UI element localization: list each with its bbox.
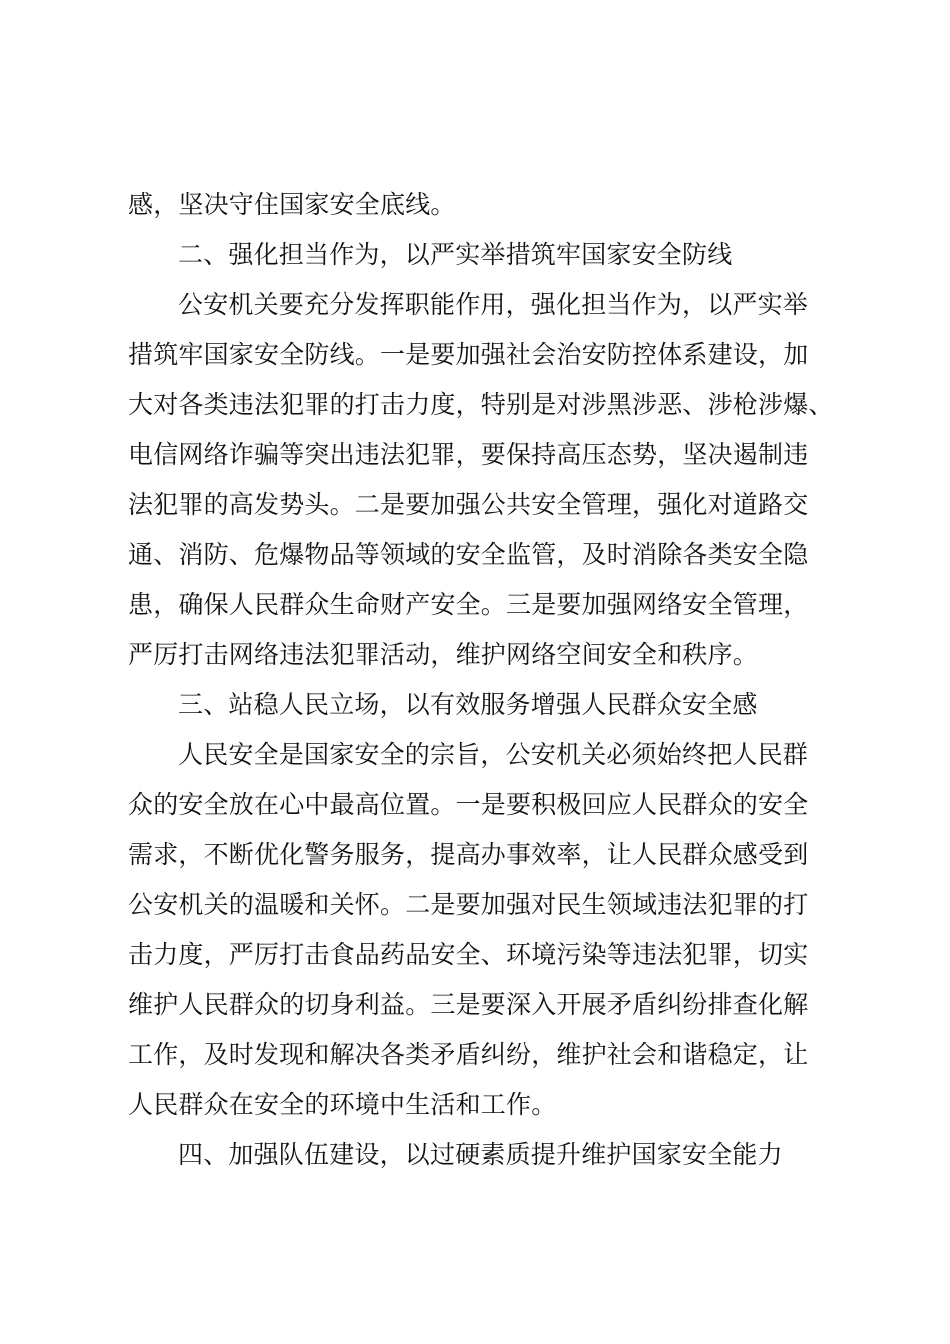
text-line: 通、消防、危爆物品等领域的安全监管，及时消除各类安全隐 <box>128 530 828 580</box>
text-line: 严厉打击网络违法犯罪活动，维护网络空间安全和秩序。 <box>128 630 828 680</box>
section-heading: 四、加强队伍建设，以过硬素质提升维护国家安全能力 <box>128 1130 828 1180</box>
section-heading: 三、站稳人民立场，以有效服务增强人民群众安全感 <box>128 680 828 730</box>
text-line: 法犯罪的高发势头。二是要加强公共安全管理，强化对道路交 <box>128 480 828 530</box>
text-line: 众的安全放在心中最高位置。一是要积极回应人民群众的安全 <box>128 780 828 830</box>
document-body: 感，坚决守住国家安全底线。 二、强化担当作为，以严实举措筑牢国家安全防线 公安机… <box>128 180 828 1180</box>
section-heading: 二、强化担当作为，以严实举措筑牢国家安全防线 <box>128 230 828 280</box>
text-line: 公安机关的温暖和关怀。二是要加强对民生领域违法犯罪的打 <box>128 880 828 930</box>
text-line: 公安机关要充分发挥职能作用，强化担当作为，以严实举 <box>128 280 828 330</box>
text-line: 大对各类违法犯罪的打击力度，特别是对涉黑涉恶、涉枪涉爆、 <box>128 380 828 430</box>
text-line: 感，坚决守住国家安全底线。 <box>128 180 828 230</box>
text-line: 措筑牢国家安全防线。一是要加强社会治安防控体系建设，加 <box>128 330 828 380</box>
text-line: 工作，及时发现和解决各类矛盾纠纷，维护社会和谐稳定，让 <box>128 1030 828 1080</box>
text-line: 击力度，严厉打击食品药品安全、环境污染等违法犯罪，切实 <box>128 930 828 980</box>
text-line: 人民群众在安全的环境中生活和工作。 <box>128 1080 828 1130</box>
text-line: 患，确保人民群众生命财产安全。三是要加强网络安全管理， <box>128 580 828 630</box>
text-line: 维护人民群众的切身利益。三是要深入开展矛盾纠纷排查化解 <box>128 980 828 1030</box>
text-line: 人民安全是国家安全的宗旨，公安机关必须始终把人民群 <box>128 730 828 780</box>
text-line: 需求，不断优化警务服务，提高办事效率，让人民群众感受到 <box>128 830 828 880</box>
document-page: 感，坚决守住国家安全底线。 二、强化担当作为，以严实举措筑牢国家安全防线 公安机… <box>0 0 950 1344</box>
text-line: 电信网络诈骗等突出违法犯罪，要保持高压态势，坚决遏制违 <box>128 430 828 480</box>
